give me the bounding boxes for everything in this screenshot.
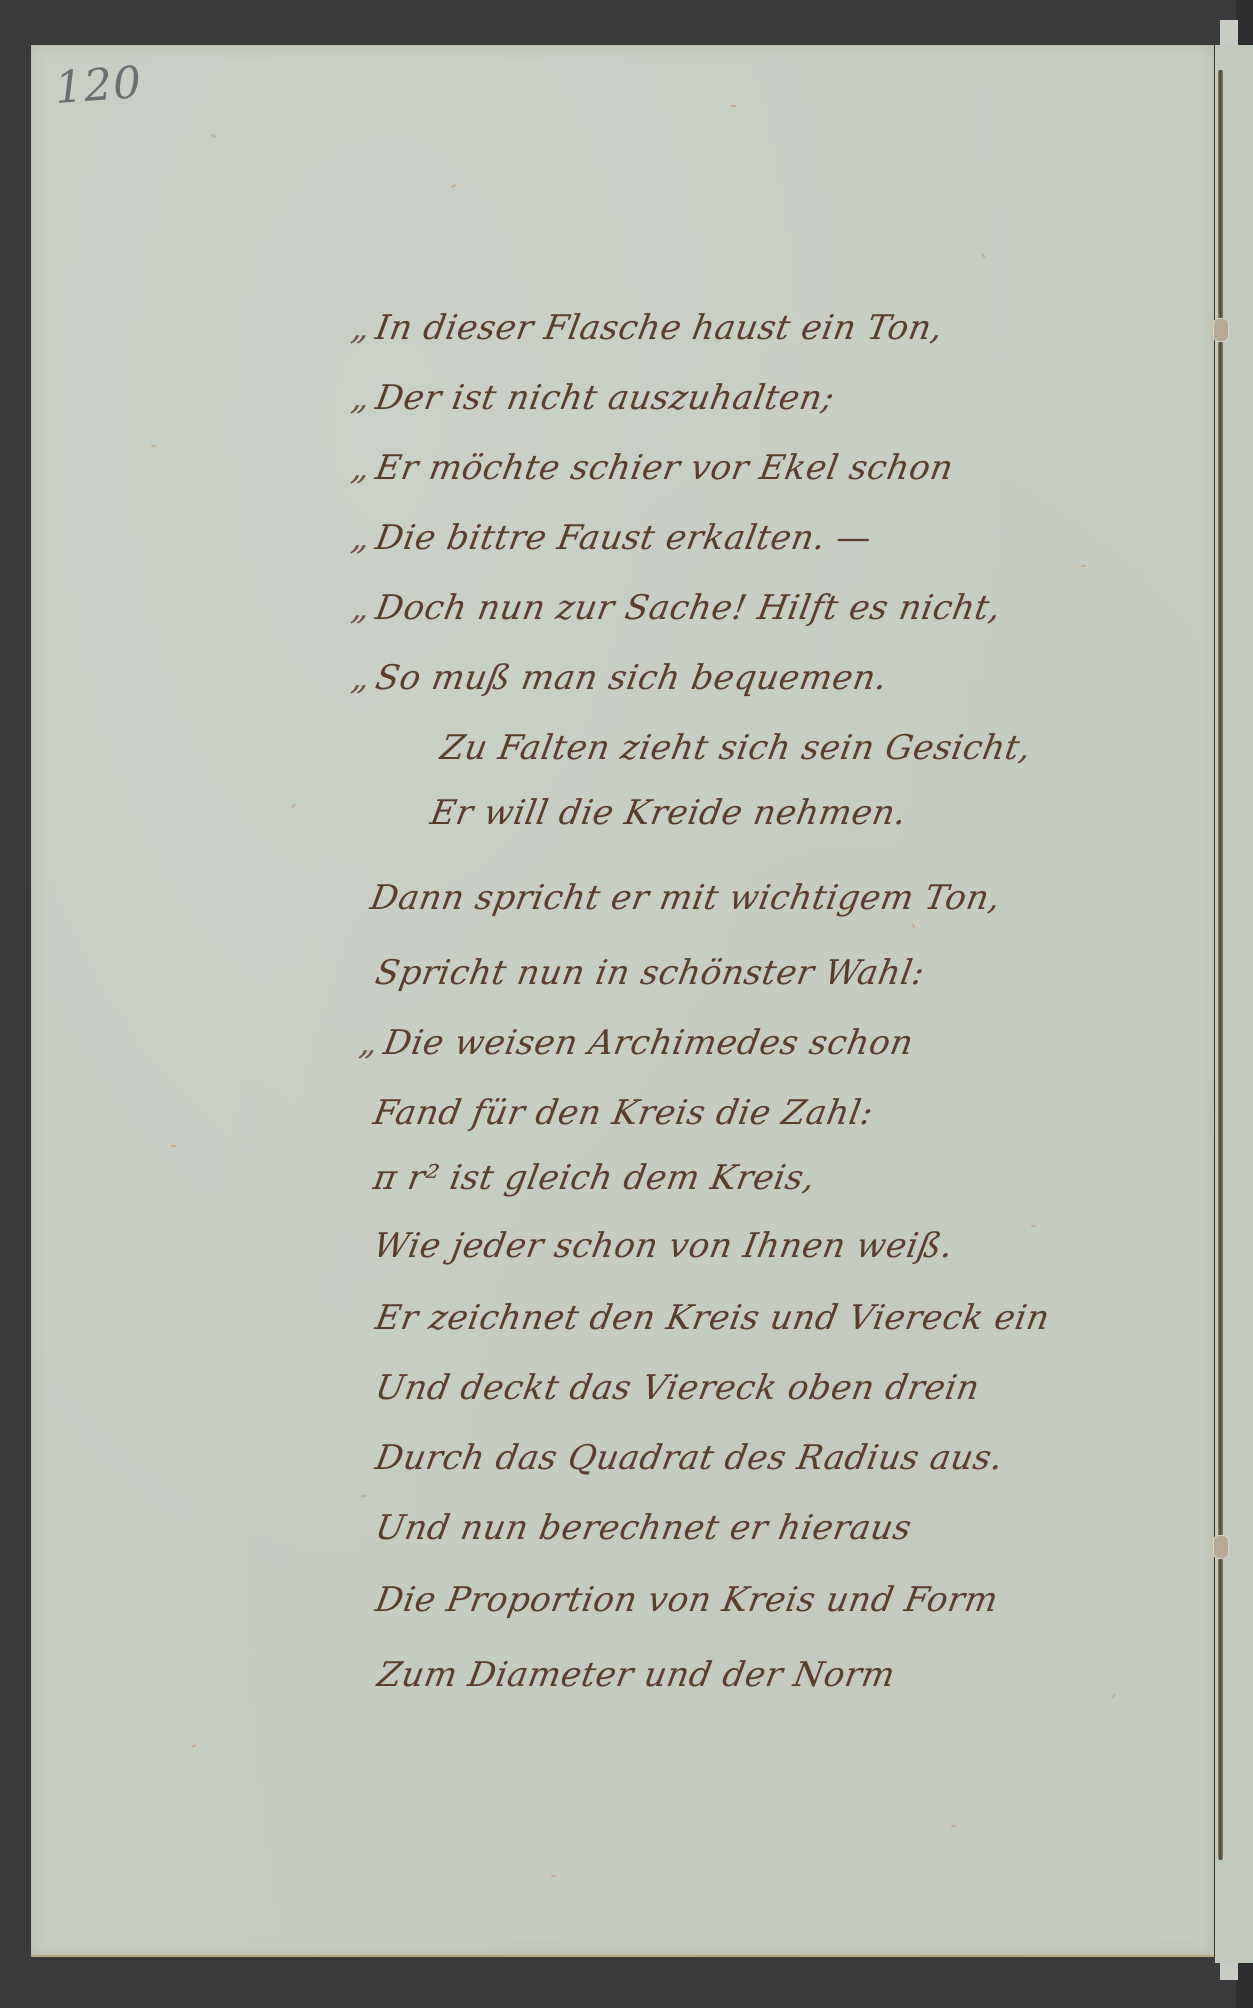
- poem-line: Und deckt das Viereck oben drein: [366, 1368, 982, 1408]
- line-text: Doch nun zur Sache! Hilft es nicht,: [373, 588, 1005, 628]
- line-text: Die Proportion von Kreis und Form: [372, 1580, 1001, 1620]
- line-text: Spricht nun in schönster Wahl:: [372, 953, 927, 993]
- folio-number: 120: [53, 57, 143, 114]
- poem-line: Er zeichnet den Kreis und Viereck ein: [366, 1298, 1052, 1338]
- poem-line: „So muß man sich bequemen.: [348, 658, 890, 698]
- poem-line: „Der ist nicht auszuhalten;: [348, 378, 837, 418]
- poem-line: Dann spricht er mit wichtigem Ton,: [361, 878, 1003, 918]
- poem-line: Wie jeder schon von Ihnen weiß.: [364, 1226, 956, 1266]
- line-text: Und nun berechnet er hieraus: [372, 1508, 914, 1548]
- line-text: Wie jeder schon von Ihnen weiß.: [370, 1226, 956, 1266]
- poem-line: Und nun berechnet er hieraus: [366, 1508, 914, 1548]
- poem-line: „Er möchte schier vor Ekel schon: [348, 448, 956, 488]
- manuscript-scan: 120 „In dieser Flasche haust ein Ton, „D…: [0, 0, 1253, 2008]
- line-text: In dieser Flasche haust ein Ton,: [373, 308, 947, 348]
- line-text: Zu Falten zieht sich sein Gesicht,: [437, 728, 1034, 768]
- binding-knot: [1213, 318, 1229, 342]
- line-text: Er zeichnet den Kreis und Viereck ein: [372, 1298, 1052, 1338]
- binding-knot: [1213, 1535, 1229, 1559]
- line-text: Fand für den Kreis die Zahl:: [370, 1093, 876, 1133]
- poem-line: Spricht nun in schönster Wahl:: [366, 953, 927, 993]
- line-text: Dann spricht er mit wichtigem Ton,: [367, 878, 1003, 918]
- line-text: Die weisen Archimedes schon: [381, 1023, 917, 1063]
- poem-line: Durch das Quadrat des Radius aus.: [366, 1438, 1006, 1478]
- poem-line: Zum Diameter und der Norm: [368, 1655, 898, 1695]
- poem-line: Er will die Kreide nehmen.: [421, 793, 909, 833]
- poem-line: Zu Falten zieht sich sein Gesicht,: [431, 728, 1034, 768]
- line-text: Zum Diameter und der Norm: [374, 1655, 898, 1695]
- line-text: Die bittre Faust erkalten. —: [373, 518, 875, 558]
- line-text: So muß man sich bequemen.: [373, 658, 891, 698]
- poem-line: „Die bittre Faust erkalten. —: [348, 518, 874, 558]
- line-text: Und deckt das Viereck oben drein: [372, 1368, 982, 1408]
- line-text: Er will die Kreide nehmen.: [427, 793, 909, 833]
- poem-line: „Die weisen Archimedes schon: [356, 1023, 916, 1063]
- line-text: Der ist nicht auszuhalten;: [373, 378, 838, 418]
- line-text: Durch das Quadrat des Radius aus.: [372, 1438, 1006, 1478]
- line-text: π r² ist gleich dem Kreis,: [370, 1158, 818, 1198]
- poem-line: Die Proportion von Kreis und Form: [366, 1580, 1001, 1620]
- poem-line: Fand für den Kreis die Zahl:: [364, 1093, 876, 1133]
- poem-line: „In dieser Flasche haust ein Ton,: [348, 308, 946, 348]
- poem-line: „Doch nun zur Sache! Hilft es nicht,: [348, 588, 1004, 628]
- poem-line: π r² ist gleich dem Kreis,: [364, 1158, 818, 1198]
- line-text: Er möchte schier vor Ekel schon: [373, 448, 957, 488]
